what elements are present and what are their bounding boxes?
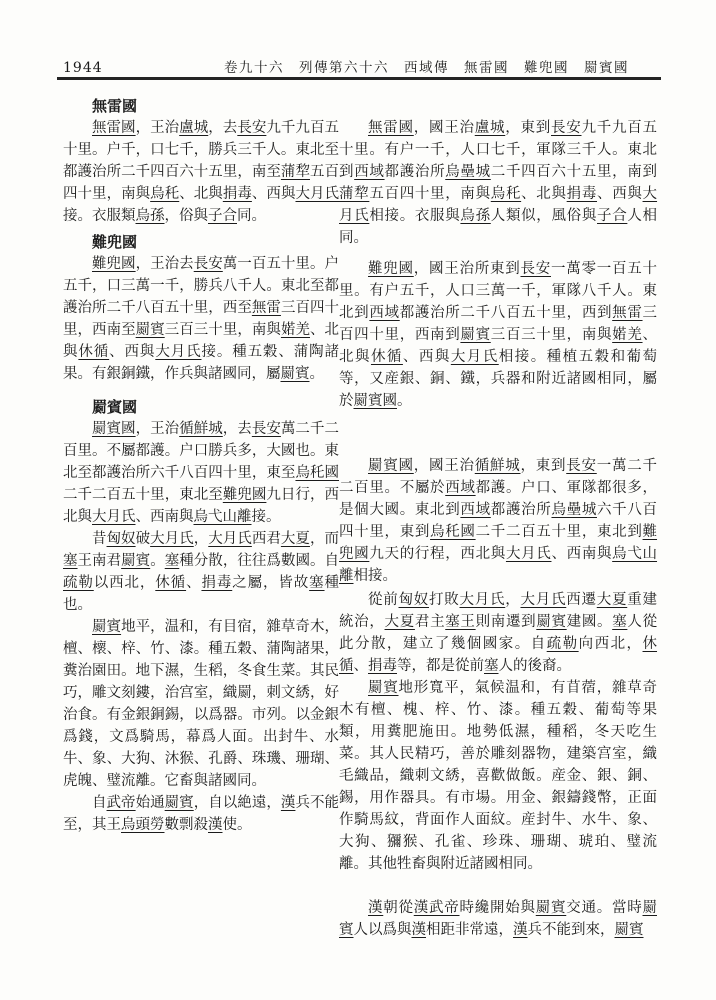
- section-heading: 罽賓國: [63, 396, 339, 418]
- left-column-classical-text: 無雷國無雷國，王治盧城，去長安九千九百五十里。户千，口七千，勝兵三千人。東北至都…: [63, 95, 339, 836]
- paragraph: 罽賓地形寬平，氣候温和，有苜蓿，雜草奇木有檀、槐、梓、竹、漆。種五穀、葡萄等果類…: [339, 677, 657, 875]
- paragraph: 無雷國，王治盧城，去長安九千九百五十里。户千，口七千，勝兵三千人。東北至都護治所…: [63, 117, 339, 227]
- text-segment: ，國王治所東到: [414, 261, 521, 277]
- proper-noun: 長安: [194, 256, 223, 272]
- proper-noun: 大夏: [385, 614, 415, 630]
- text-segment: 、西南與: [136, 509, 194, 525]
- proper-noun: 盧城: [179, 120, 208, 136]
- text-segment: 破: [136, 531, 151, 547]
- proper-noun: 罽賓: [121, 553, 150, 569]
- proper-noun: 循鮮城: [475, 458, 521, 474]
- text-segment: ，東到: [505, 120, 551, 136]
- proper-noun: 大月氏: [460, 592, 506, 608]
- page-number: 1944: [63, 60, 193, 76]
- text-segment: 接。: [252, 509, 281, 525]
- proper-noun: 烏孫: [136, 208, 165, 224]
- text-segment: 打敗: [429, 592, 460, 608]
- text-segment: 交通。當時: [566, 900, 642, 916]
- proper-noun: 漢: [281, 795, 296, 811]
- text-segment: 、北與: [179, 186, 223, 202]
- proper-noun: 罽賓: [460, 327, 490, 343]
- text-segment: 等，都是從前: [397, 658, 484, 674]
- proper-noun: 罽賓: [615, 922, 644, 938]
- proper-noun: 捐毒: [223, 186, 252, 202]
- proper-noun: 烏頭勞: [121, 817, 165, 833]
- text-segment: 。: [310, 366, 325, 382]
- text-segment: 都護治所: [385, 164, 446, 180]
- text-segment: 昔: [92, 531, 107, 547]
- text-segment: ，王治: [136, 421, 180, 437]
- text-segment: 三百三十里，南與: [165, 322, 281, 338]
- proper-noun: 罽賓國: [92, 421, 136, 437]
- text-segment: 。: [150, 553, 165, 569]
- proper-noun: 長安: [252, 421, 281, 437]
- proper-noun: 子合: [597, 208, 627, 224]
- proper-noun: 烏孫: [460, 208, 490, 224]
- paragraph: 罽賓國，王治循鮮城，去長安萬二千二百里。不屬都護。户口勝兵多，大國也。東北至都護…: [63, 418, 339, 528]
- text-segment: 相接。: [354, 568, 398, 584]
- text-segment: 相接。衣服與: [369, 208, 460, 224]
- text-segment: 。: [397, 393, 412, 409]
- text-segment: ，東到: [521, 458, 567, 474]
- text-segment: 人類似，風俗與: [491, 208, 597, 224]
- proper-noun: 塞王: [445, 614, 475, 630]
- proper-noun: 蒲犂: [281, 164, 310, 180]
- text-segment: 都護治所: [491, 502, 552, 518]
- proper-noun: 罽賓: [136, 322, 165, 338]
- proper-noun: 漢武帝: [414, 900, 460, 916]
- proper-noun: 蒲犂: [339, 186, 369, 202]
- text-segment: ，而: [310, 531, 339, 547]
- proper-noun: 武帝: [107, 795, 136, 811]
- proper-noun: 大夏: [597, 592, 628, 608]
- text-segment: 九天的行程，西北與: [369, 546, 506, 562]
- proper-noun: 烏秅國: [430, 524, 476, 540]
- text-segment: ，王治去: [136, 256, 194, 272]
- proper-noun: 烏壘城: [551, 502, 597, 518]
- page-header: 1944 卷九十六 列傳第六十六 西域傳 無雷國 難兜國 罽賓國: [63, 56, 660, 76]
- text-segment: 、: [186, 575, 201, 591]
- paragraph: 罽賓地平，温和，有目宿，雜草奇木，檀、櫰、梓、竹、漆。種五穀、蒲陶諸果，糞治園田…: [63, 616, 339, 792]
- proper-noun: 烏壘城: [445, 164, 491, 180]
- text-segment: 相距非常遠，: [426, 922, 513, 938]
- text-segment: 同。: [237, 208, 266, 224]
- text-segment: 五百四十里，南與: [369, 186, 490, 202]
- text-segment: ，國王治: [414, 120, 475, 136]
- header-rule: [57, 77, 661, 80]
- text-segment: 使。: [223, 817, 252, 833]
- paragraph: 無雷國，國王治盧城，東到長安九千九百五十里。有户一千，人口七千，軍隊三千人。東北…: [339, 117, 657, 249]
- proper-noun: 罽賓: [536, 900, 567, 916]
- proper-noun: 漢: [208, 817, 223, 833]
- proper-noun: 大月氏: [155, 344, 201, 360]
- proper-noun: 西域: [369, 305, 399, 321]
- proper-noun: 無雷國: [368, 120, 414, 136]
- proper-noun: 烏秅國: [295, 465, 339, 481]
- proper-noun: 長安: [237, 120, 266, 136]
- proper-noun: 大月氏: [150, 531, 194, 547]
- proper-noun: 捐毒: [567, 186, 597, 202]
- proper-noun: 西域: [460, 502, 490, 518]
- proper-noun: 長安: [551, 120, 582, 136]
- proper-noun: 難兜國: [92, 256, 136, 272]
- proper-noun: 罽賓: [368, 680, 399, 696]
- text-segment: 君主: [415, 614, 445, 630]
- text-segment: 從前: [368, 592, 399, 608]
- text-segment: 人以爲與: [354, 922, 412, 938]
- proper-noun: 難兜國: [368, 261, 414, 277]
- proper-noun: 長安: [521, 261, 552, 277]
- text-segment: 、西與: [597, 186, 643, 202]
- proper-noun: 大月氏: [208, 531, 252, 547]
- proper-noun: 西域: [354, 164, 384, 180]
- text-segment: 時纔開始與: [460, 900, 536, 916]
- proper-noun: 無雷: [612, 305, 642, 321]
- proper-noun: 疏勒: [547, 636, 579, 652]
- text-segment: ，: [194, 531, 209, 547]
- text-segment: 三百三十里，南與: [491, 327, 612, 343]
- text-segment: 西君: [252, 531, 281, 547]
- text-segment: ，去: [223, 421, 252, 437]
- proper-noun: 休循: [78, 344, 109, 360]
- proper-noun: 大月氏: [295, 186, 339, 202]
- paragraph: 漢朝從漢武帝時纔開始與罽賓交通。當時罽賓人以爲與漢相距非常遠，漢兵不能到來，罽賓: [339, 897, 657, 941]
- paragraph: 難兜國，國王治所東到長安一萬零一百五十里。有户五千，人口三萬一千，軍隊八千人。東…: [339, 258, 657, 412]
- proper-noun: 烏弋山離: [194, 509, 252, 525]
- running-header-title: 卷九十六 列傳第六十六 西域傳 無雷國 難兜國 罽賓國: [193, 56, 660, 76]
- text-segment: 接。衣服類: [63, 208, 136, 224]
- proper-noun: 罽賓國: [354, 393, 398, 409]
- text-segment: 二千二百五十里，東北至: [63, 487, 223, 503]
- proper-noun: 婼羌: [281, 322, 310, 338]
- two-column-text-body: 無雷國無雷國，王治盧城，去長安九千九百五十里。户千，口七千，勝兵三千人。東北至都…: [63, 95, 657, 941]
- proper-noun: 罽賓: [536, 614, 566, 630]
- text-segment: 、西南與: [551, 546, 612, 562]
- text-segment: 自: [92, 795, 107, 811]
- proper-noun: 休循: [371, 349, 403, 365]
- proper-noun: 烏秅: [491, 186, 521, 202]
- proper-noun: 大夏: [281, 531, 310, 547]
- paragraph: 昔匈奴破大月氏，大月氏西君大夏，而塞王南君罽賓。塞種分散，往往爲數國。自疏勒以西…: [63, 528, 339, 616]
- proper-noun: 大月氏: [506, 546, 552, 562]
- proper-noun: 疏勒: [63, 575, 94, 591]
- text-segment: 二千二百五十里，東北到: [476, 524, 643, 540]
- text-segment: 、西與: [109, 344, 155, 360]
- text-segment: 二千四百六十五里，南到: [491, 164, 657, 180]
- paragraph: 從前匈奴打敗大月氏，大月氏西遷大夏重建統治，大夏君主塞王則南遷到罽賓建國。塞人從…: [339, 589, 657, 677]
- proper-noun: 罽賓: [165, 795, 194, 811]
- text-segment: ，去: [208, 120, 237, 136]
- proper-noun: 西域: [445, 480, 475, 496]
- text-segment: 建國。: [567, 614, 613, 630]
- proper-noun: 大月氏: [92, 509, 136, 525]
- proper-noun: 循鮮城: [179, 421, 223, 437]
- text-segment: 、西與: [403, 349, 451, 365]
- proper-noun: 塞: [612, 614, 627, 630]
- proper-noun: 無雷: [252, 300, 281, 316]
- text-segment: ，俗與: [165, 208, 209, 224]
- text-segment: 、北與: [521, 186, 567, 202]
- text-segment: 兵不能到來，: [528, 922, 615, 938]
- text-segment: 數剽殺: [165, 817, 209, 833]
- paragraph: 難兜國，王治去長安萬一百五十里。户五千，口三萬一千，勝兵八千人。東北至都護治所二…: [63, 253, 339, 385]
- proper-noun: 長安: [566, 458, 597, 474]
- proper-noun: 塞: [484, 658, 499, 674]
- proper-noun: 漢: [368, 900, 383, 916]
- book-page: 1944 卷九十六 列傳第六十六 西域傳 無雷國 難兜國 罽賓國 無雷國無雷國，…: [0, 0, 716, 1000]
- proper-noun: 大月氏: [521, 592, 567, 608]
- proper-noun: 匈奴: [399, 592, 430, 608]
- text-segment: 以西北，: [94, 575, 156, 591]
- section-heading: 難兜國: [63, 231, 339, 253]
- proper-noun: 盧城: [475, 120, 506, 136]
- proper-noun: 罽賓國: [368, 458, 414, 474]
- text-segment: 王南君: [78, 553, 122, 569]
- text-segment: ，王治: [136, 120, 180, 136]
- proper-noun: 漢: [513, 922, 528, 938]
- proper-noun: 匈奴: [107, 531, 136, 547]
- text-segment: 、: [354, 658, 369, 674]
- proper-noun: 罽賓: [281, 366, 310, 382]
- proper-noun: 塞: [165, 553, 180, 569]
- proper-noun: 捐毒: [201, 575, 232, 591]
- text-segment: 西遷: [566, 592, 597, 608]
- paragraph: 罽賓國，國王治循鮮城，東到長安一萬二千二百里。不屬於西域都護。户口、軍隊都很多，…: [339, 455, 657, 587]
- text-segment: 地形寬平，氣候温和，有苜蓿，雜草奇木有檀、槐、梓、竹、漆。種五穀、葡萄等果類，用…: [339, 680, 657, 872]
- proper-noun: 塞: [309, 575, 324, 591]
- text-segment: ，國王治: [414, 458, 475, 474]
- proper-noun: 烏秅: [150, 186, 179, 202]
- proper-noun: 罽賓: [92, 619, 121, 635]
- text-segment: 朝從: [383, 900, 414, 916]
- proper-noun: 休循: [155, 575, 186, 591]
- text-segment: ，自以絶遠，: [194, 795, 281, 811]
- text-segment: 則南遷到: [476, 614, 537, 630]
- proper-noun: 漢: [412, 922, 427, 938]
- proper-noun: 塞: [63, 553, 78, 569]
- text-segment: 向西北，: [579, 636, 643, 652]
- text-segment: 始通: [136, 795, 165, 811]
- text-segment: 人的後裔。: [499, 658, 572, 674]
- text-segment: 之屬，皆故: [232, 575, 309, 591]
- text-segment: 都護治所二千八百五十里，西到: [400, 305, 612, 321]
- proper-noun: 難兜國: [223, 487, 267, 503]
- text-segment: ，: [505, 592, 520, 608]
- proper-noun: 捐毒: [368, 658, 397, 674]
- text-segment: 地平，温和，有目宿，雜草奇木，檀、櫰、梓、竹、漆。種五穀、蒲陶諸果，糞治園田。地…: [63, 619, 339, 789]
- proper-noun: 子合: [208, 208, 237, 224]
- proper-noun: 無雷國: [92, 120, 136, 136]
- proper-noun: 大月氏: [451, 349, 499, 365]
- proper-noun: 婼羌: [612, 327, 642, 343]
- text-segment: 、西與: [252, 186, 296, 202]
- section-heading: 無雷國: [63, 95, 339, 117]
- text-segment: 種分散，往往爲數國。自: [179, 553, 339, 569]
- paragraph: 自武帝始通罽賓，自以絶遠，漢兵不能至，其王烏頭勞數剽殺漢使。: [63, 792, 339, 836]
- right-column-translation: 無雷國，國王治盧城，東到長安九千九百五十里。有户一千，人口七千，軍隊三千人。東北…: [339, 95, 657, 941]
